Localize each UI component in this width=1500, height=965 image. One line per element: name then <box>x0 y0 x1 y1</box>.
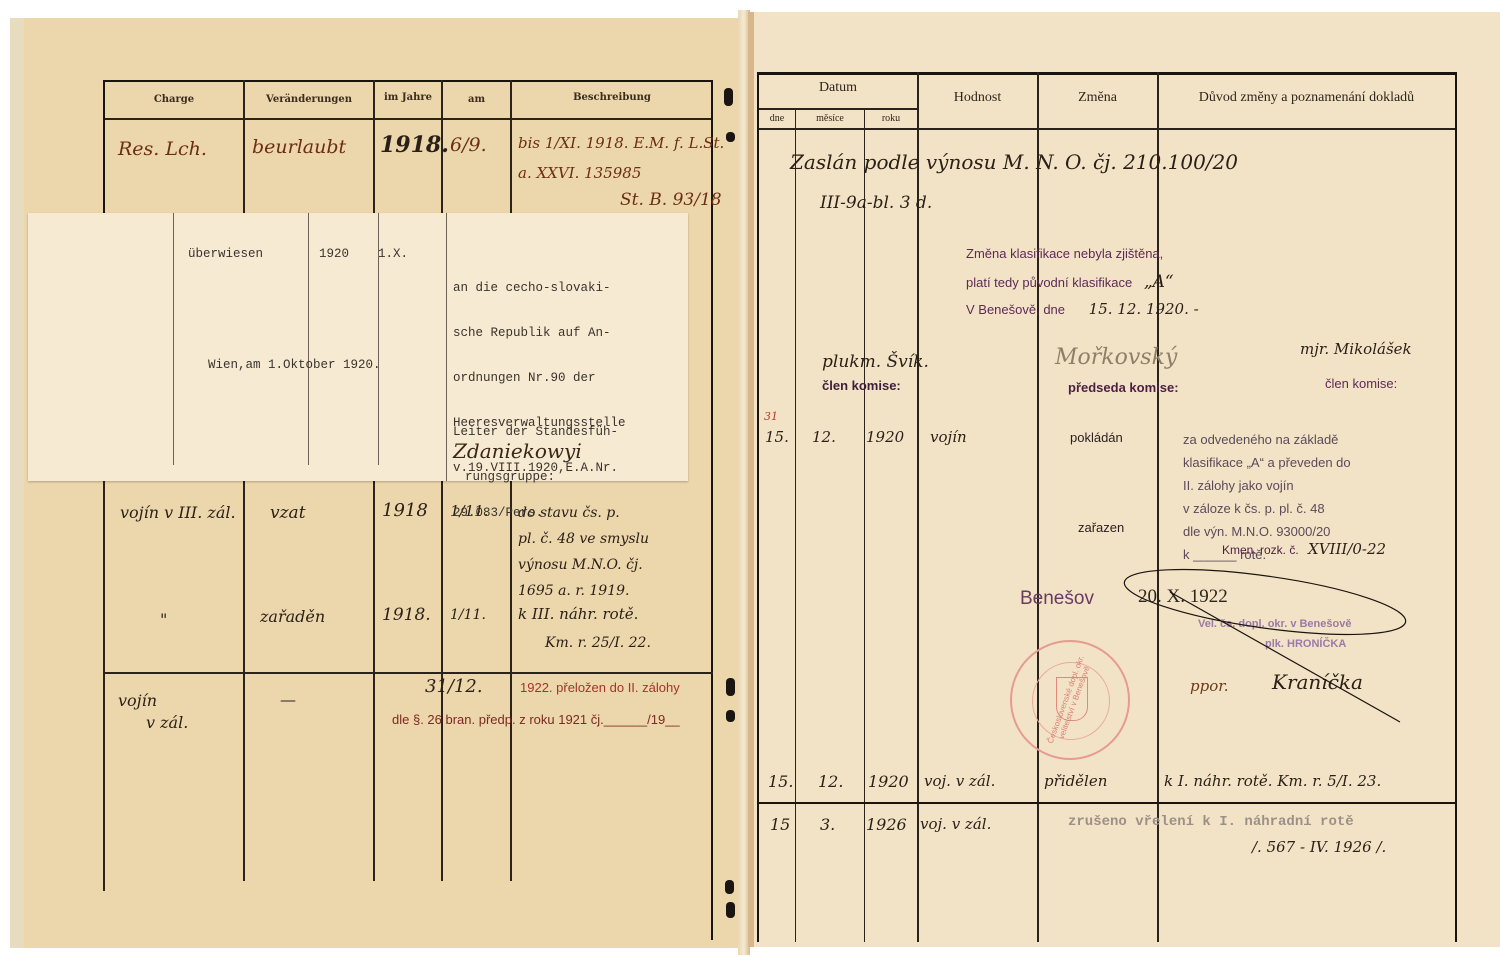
row3-day: 1/11. <box>450 607 486 623</box>
binding-clip <box>724 88 733 106</box>
entry3-year: 1920 <box>868 772 909 791</box>
kmen-value: XVIII/0-22 <box>1308 540 1386 558</box>
row3-year: 1918. <box>382 605 431 625</box>
entry3-change: přidělen <box>1044 772 1107 790</box>
classification-place-label: V Benešově, dne <box>966 302 1065 317</box>
classification-label: platí tedy původní klasifikace <box>966 275 1132 290</box>
entry4-day: 15 <box>770 815 790 834</box>
entry2-month: 12. <box>812 428 836 446</box>
row2-year: 1918 <box>382 500 428 521</box>
header-veranderungen: Veränderungen <box>245 94 373 105</box>
row2-change: vzat <box>270 503 306 523</box>
binding-clip <box>726 710 735 722</box>
slip-desc-1: an die cecho-slovaki- <box>453 281 626 296</box>
row3-charge-ditto: " <box>160 610 167 629</box>
slip-day: 1.X. <box>378 247 408 262</box>
row4-date: 31/12. <box>425 676 483 697</box>
row1-year: 1918. <box>380 132 449 158</box>
row3-desc-1: k III. náhr. rotě. <box>518 605 638 623</box>
entry2-change-top: pokládán <box>1070 430 1123 445</box>
row2-charge: vojín v III. zál. <box>120 503 236 522</box>
slip-signatory-1: Leiter der Standesfüh- <box>453 425 618 440</box>
row1-charge: Res. Lch. <box>118 138 207 160</box>
slip-signatory-2: rungsgruppe: <box>453 470 618 485</box>
entry2-day-correction: 31 <box>764 410 778 423</box>
entry2-change-bottom: zařazen <box>1078 520 1124 535</box>
row3-change: zařaděn <box>260 607 325 626</box>
commission-member-left-label: člen komise: <box>822 378 901 393</box>
row1-day: 6/9. <box>450 134 487 156</box>
entry2-reason-1: za odvedeného na základě <box>1183 428 1351 451</box>
row1-change: beurlaubt <box>252 136 346 158</box>
chairman-signature: Mořkovský <box>1055 345 1177 370</box>
entry4-reason-hand: /. 567 - IV. 1926 /. <box>1252 838 1386 856</box>
entry1-line1: Zaslán podle výnosu M. N. O. čj. 210.100… <box>790 150 1238 174</box>
typed-transfer-slip: überwiesen 1920 1.X. an die cecho-slovak… <box>28 213 688 481</box>
header-roku: roku <box>865 113 917 124</box>
header-am: am <box>443 94 510 105</box>
classification-value: „A“ <box>1144 272 1174 292</box>
chairman-label: předseda komise: <box>1068 380 1179 395</box>
binding-clip <box>726 132 735 142</box>
entry2-day: 15. <box>765 428 789 446</box>
header-beschreibung: Beschreibung <box>512 92 712 103</box>
row4-transfer-stamp-line1: 1922. přeložen do II. zálohy <box>520 680 680 695</box>
entry2-reason-2: klasifikace „A“ a převeden do <box>1183 451 1351 474</box>
signature-flourish <box>1120 562 1420 732</box>
row1-desc-1: bis 1/XI. 1918. E.M. f. L.St. <box>518 134 724 152</box>
entry2-reason-3: II. zálohy jako vojín <box>1183 474 1351 497</box>
classification-stamp-line1: Změna klasifikace nebyla zjištěna, <box>966 246 1163 261</box>
row1-desc-3: St. B. 93/18 <box>620 190 722 210</box>
row2-desc-4: 1695 a. r. 1919. <box>518 578 649 604</box>
entry3-day: 15. <box>768 772 793 791</box>
benesov-place: Benešov <box>1020 588 1094 610</box>
kmen-label: Kmen. rozk. č. <box>1222 543 1299 557</box>
entry2-year: 1920 <box>866 428 904 446</box>
header-hodnost: Hodnost <box>918 90 1037 106</box>
slip-place-date: Wien,am 1.Oktober 1920. <box>208 358 381 373</box>
entry4-year: 1926 <box>866 815 907 834</box>
slip-signature: Zdaniekowyi <box>453 439 582 463</box>
row4-transfer-stamp-line2: dle §. 26 bran. předp. z roku 1921 čj.__… <box>392 712 680 727</box>
entry3-rank: voj. v zál. <box>924 772 995 790</box>
row3-desc-2: Km. r. 25/I. 22. <box>545 635 651 651</box>
slip-desc-2: sche Republik auf An- <box>453 326 626 341</box>
classification-date: 15. 12. 1920. - <box>1089 300 1199 318</box>
binding-clip <box>726 902 735 918</box>
row4-change-dash: — <box>280 690 296 709</box>
slip-desc-3: ordnungen Nr.90 der <box>453 371 626 386</box>
commission-member-left-name: plukm. Švík. <box>822 352 929 372</box>
header-mesice: měsíce <box>796 113 864 124</box>
row2-desc-3: výnosu M.N.O. čj. <box>518 552 649 578</box>
header-im-jahre: im Jahre <box>375 92 441 103</box>
slip-year: 1920 <box>319 247 349 262</box>
header-charge: Charge <box>105 94 243 105</box>
row1-desc-2: a. XXVI. 135985 <box>518 164 641 182</box>
entry1-line2: III-9a-bl. 3 d. <box>820 193 932 213</box>
header-datum: Datum <box>759 80 917 96</box>
entry2-reason-4: v záloze k čs. p. pl. č. 48 <box>1183 497 1351 520</box>
entry4-rank: voj. v zál. <box>920 815 991 833</box>
header-duvod: Důvod změny a poznamenání dokladů <box>1158 90 1455 106</box>
binding-clip <box>726 678 735 696</box>
header-zmena: Změna <box>1038 90 1157 106</box>
row4-charge-1: vojín <box>118 690 188 712</box>
entry3-month: 12. <box>818 772 843 791</box>
entry4-reason-stamp: zrušeno vřelení k I. náhradní rotě <box>1068 815 1354 830</box>
commission-member-right-label: člen komise: <box>1325 376 1397 391</box>
header-dne: dne <box>759 113 795 124</box>
slip-change: überwiesen <box>188 247 263 262</box>
commission-member-right-name: mjr. Mikolášek <box>1300 340 1412 358</box>
official-round-seal: Československé dopl. okr. velitelství v … <box>1010 640 1130 760</box>
entry4-month: 3. <box>820 815 835 834</box>
row4-charge-2: v zál. <box>118 712 188 734</box>
binding-clip <box>725 880 734 894</box>
entry3-reason: k I. náhr. rotě. Km. r. 5/I. 23. <box>1164 772 1381 790</box>
entry2-rank: vojín <box>930 428 967 446</box>
